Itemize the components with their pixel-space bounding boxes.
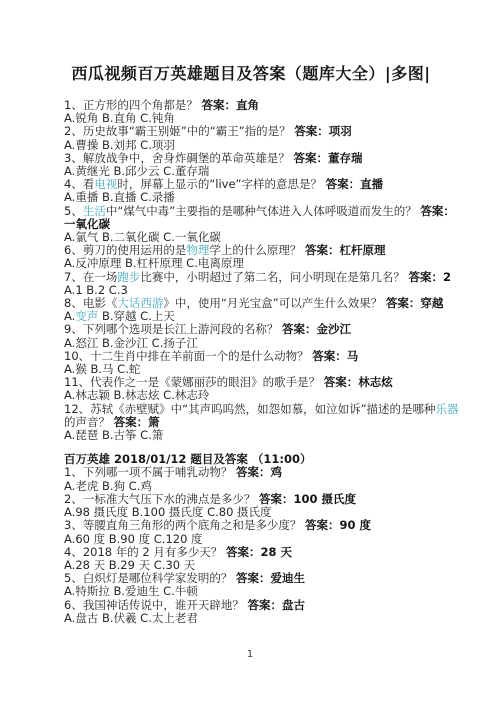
answer-text: 答案：90 度 bbox=[305, 518, 371, 532]
question-text: 中“煤气中毒”主要指的是哪种气体进入人体呼吸道而发生的？ bbox=[106, 204, 421, 218]
answer-text: 答案：箫 bbox=[114, 415, 160, 429]
qa-item: 7、在一场跑步比赛中，小明超过了第二名，问小明现在是第几名？ 答案：2A.1 B… bbox=[64, 271, 438, 297]
qa-line: A.盘古 B.伏羲 C.太上老君 bbox=[64, 612, 438, 625]
answer-text: 答案：金沙江 bbox=[282, 322, 351, 336]
keyword-link[interactable]: 电视 bbox=[94, 177, 117, 191]
question-text: A.特斯拉 B.爱迪生 C.牛顿 bbox=[64, 584, 198, 598]
question-text: 2、一标准大气压下水的沸点是多少？ bbox=[64, 492, 259, 506]
answer-text: 答案：杠杆原理 bbox=[305, 243, 386, 257]
question-text: A.1 B.2 C.3 bbox=[64, 283, 128, 297]
answer-text: 一氧化碳 bbox=[64, 217, 110, 231]
answer-text: 答案：项羽 bbox=[294, 124, 352, 138]
question-text: 4、看 bbox=[64, 177, 94, 191]
question-text: 6、剪刀的使用运用的是 bbox=[64, 243, 186, 257]
question-text: 11、代表作之一是《蒙娜丽莎的眼泪》的歌手是？ bbox=[64, 375, 324, 389]
question-text: 的声音？ bbox=[64, 415, 114, 429]
question-text: A.锐角 B.直角 C.钝角 bbox=[64, 111, 175, 125]
question-text: A.28 天 B.29 天 C.30 天 bbox=[64, 558, 195, 572]
qa-line: 5、生活中“煤气中毒”主要指的是哪种气体进入人体呼吸道而发生的？ 答案： bbox=[64, 205, 438, 218]
qa-item: 12、苏轼《赤壁赋》中“其声呜呜然，如怨如慕，如泣如诉”描述的是哪种乐器的声音？… bbox=[64, 403, 438, 443]
question-text: 8、电影《 bbox=[64, 296, 117, 310]
question-text: A.盘古 B.伏羲 C.太上老君 bbox=[64, 611, 198, 625]
qa-item: 10、十二生肖中排在羊前面一个的是什么动物？ 答案：马A.猴 B.马 C.蛇 bbox=[64, 350, 438, 376]
question-text: A.60 度 B.90 度 C.120 度 bbox=[64, 532, 203, 546]
keyword-link[interactable]: 跑步 bbox=[117, 270, 140, 284]
qa-item: 8、电影《大话西游》中，使用“月光宝盒”可以产生什么效果？ 答案：穿越A.变声 … bbox=[64, 297, 438, 323]
question-text: A.老虎 B.狗 C.鸡 bbox=[64, 479, 152, 493]
question-text: A.琵琶 B.古筝 C.箫 bbox=[64, 428, 163, 442]
question-text: 1、正方形的四个角都是？ bbox=[64, 98, 201, 112]
answer-text: 答案：马 bbox=[312, 349, 358, 363]
question-text: A.98 摄氏度 B.100 摄氏度 C.80 摄氏度 bbox=[64, 505, 272, 519]
qa-item: 4、2018 年的 2 月有多少天？ 答案：28 天A.28 天 B.29 天 … bbox=[64, 546, 438, 572]
question-text: 10、十二生肖中排在羊前面一个的是什么动物？ bbox=[64, 349, 312, 363]
qa-item: 3、解放战争中，舍身炸碉堡的革命英雄是？ 答案：董存瑞A.黄继光 B.邱少云 C… bbox=[64, 152, 438, 178]
keyword-link[interactable]: 乐器 bbox=[436, 402, 459, 416]
question-text: 6、我国神话传说中，谁开天辟地？ bbox=[64, 598, 247, 612]
answer-text: 答案：直播 bbox=[326, 177, 384, 191]
answer-text: 答案：2 bbox=[408, 270, 451, 284]
answer-text: 答案：穿越 bbox=[386, 296, 444, 310]
keyword-link[interactable]: 生活 bbox=[83, 204, 106, 218]
question-text: A.重播 B.直播 C.录播 bbox=[64, 190, 175, 204]
keyword-link[interactable]: 大话西游 bbox=[117, 296, 163, 310]
document-content: 西瓜视频百万英雄题目及答案（题库大全）|多图| 1、正方形的四个角都是？ 答案：… bbox=[0, 0, 500, 625]
question-text: 9、下列哪个选项是长江上游河段的名称？ bbox=[64, 322, 282, 336]
page-number: 1 bbox=[0, 649, 500, 660]
qa-item: 9、下列哪个选项是长江上游河段的名称？ 答案：金沙江A.怒江 B.金沙江 C.扬… bbox=[64, 323, 438, 349]
qa-section: 1、正方形的四个角都是？ 答案：直角A.锐角 B.直角 C.钝角2、历史故事“霸… bbox=[64, 99, 438, 442]
qa-item: 1、下列哪一项不属于哺乳动物？ 答案：鸡A.老虎 B.狗 C.鸡 bbox=[64, 466, 438, 492]
question-text: 3、解放战争中，舍身炸碉堡的革命英雄是？ bbox=[64, 151, 293, 165]
question-text: 7、在一场 bbox=[64, 270, 117, 284]
question-text: A.猴 B.马 C.蛇 bbox=[64, 362, 140, 376]
question-text: 12、苏轼《赤壁赋》中“其声呜呜然，如怨如慕，如泣如诉”描述的是哪种 bbox=[64, 402, 436, 416]
question-text: 比赛中，小明超过了第二名，问小明现在是第几名？ bbox=[140, 270, 408, 284]
answer-text: 答案： bbox=[420, 204, 455, 218]
answer-text: 答案：直角 bbox=[201, 98, 259, 112]
answer-text: 答案：盘古 bbox=[247, 598, 305, 612]
qa-line: A.琵琶 B.古筝 C.箫 bbox=[64, 429, 438, 442]
qa-item: 5、生活中“煤气中毒”主要指的是哪种气体进入人体呼吸道而发生的？ 答案：一氧化碳… bbox=[64, 205, 438, 245]
qa-item: 6、剪刀的使用运用的是物理学上的什么原理？ 答案：杠杆原理A.反冲原理 B.杠杆… bbox=[64, 244, 438, 270]
qa-item: 6、我国神话传说中，谁开天辟地？ 答案：盘古A.盘古 B.伏羲 C.太上老君 bbox=[64, 599, 438, 625]
answer-text: 答案：100 摄氏度 bbox=[259, 492, 356, 506]
qa-item: 11、代表作之一是《蒙娜丽莎的眼泪》的歌手是？ 答案：林志炫A.林志颖 B.林志… bbox=[64, 376, 438, 402]
answer-text: 答案：林志炫 bbox=[324, 375, 393, 389]
answer-text: 答案：爱迪生 bbox=[236, 571, 305, 585]
question-text: 1、下列哪一项不属于哺乳动物？ bbox=[64, 465, 236, 479]
question-text: A.怒江 B.金沙江 C.扬子江 bbox=[64, 336, 198, 350]
qa-item: 2、历史故事“霸王别姬”中的“霸王”指的是？ 答案：项羽A.曹操 B.刘邦 C.… bbox=[64, 125, 438, 151]
qa-section: 百万英雄 2018/01/12 题目及答案 （11:00）1、下列哪一项不属于哺… bbox=[64, 453, 438, 625]
question-text: 》中，使用“月光宝盒”可以产生什么效果？ bbox=[163, 296, 386, 310]
question-text: 学上的什么原理？ bbox=[209, 243, 305, 257]
qa-item: 4、看电视时，屏幕上显示的“live”字样的意思是？ 答案：直播A.重播 B.直… bbox=[64, 178, 438, 204]
question-text: A.黄继光 B.邱少云 C.董存瑞 bbox=[64, 164, 209, 178]
qa-item: 1、正方形的四个角都是？ 答案：直角A.锐角 B.直角 C.钝角 bbox=[64, 99, 438, 125]
document-body: 1、正方形的四个角都是？ 答案：直角A.锐角 B.直角 C.钝角2、历史故事“霸… bbox=[64, 99, 438, 625]
keyword-link[interactable]: 物理 bbox=[186, 243, 209, 257]
qa-item: 5、白炽灯是哪位科学家发明的？ 答案：爱迪生A.特斯拉 B.爱迪生 C.牛顿 bbox=[64, 572, 438, 598]
question-text: A.林志颖 B.林志炫 C.林志玲 bbox=[64, 388, 209, 402]
question-text: 2、历史故事“霸王别姬”中的“霸王”指的是？ bbox=[64, 124, 294, 138]
question-text: 3、等腰直角三角形的两个底角之和是多少度？ bbox=[64, 518, 305, 532]
document-page: 西瓜视频百万英雄题目及答案（题库大全）|多图| 1、正方形的四个角都是？ 答案：… bbox=[0, 0, 500, 707]
answer-text: 答案：鸡 bbox=[236, 465, 282, 479]
question-text: A.曹操 B.刘邦 C.项羽 bbox=[64, 138, 175, 152]
answer-text: 答案：28 天 bbox=[226, 545, 292, 559]
qa-item: 3、等腰直角三角形的两个底角之和是多少度？ 答案：90 度A.60 度 B.90… bbox=[64, 519, 438, 545]
document-title: 西瓜视频百万英雄题目及答案（题库大全）|多图| bbox=[64, 64, 438, 84]
question-text: A.反冲原理 B.杠杆原理 C.电离原理 bbox=[64, 256, 244, 270]
question-text: 5、白炽灯是哪位科学家发明的？ bbox=[64, 571, 236, 585]
question-text: B.穿越 C.上天 bbox=[98, 309, 175, 323]
question-text: 4、2018 年的 2 月有多少天？ bbox=[64, 545, 226, 559]
qa-item: 2、一标准大气压下水的沸点是多少？ 答案：100 摄氏度A.98 摄氏度 B.1… bbox=[64, 493, 438, 519]
question-text: A.氯气 B.二氧化碳 C.一氧化碳 bbox=[64, 230, 221, 244]
question-text: A. bbox=[64, 309, 75, 323]
answer-text: 答案：董存瑞 bbox=[293, 151, 362, 165]
question-text: 时，屏幕上显示的“live”字样的意思是？ bbox=[117, 177, 325, 191]
keyword-link[interactable]: 变声 bbox=[75, 309, 98, 323]
question-text: 5、 bbox=[64, 204, 83, 218]
